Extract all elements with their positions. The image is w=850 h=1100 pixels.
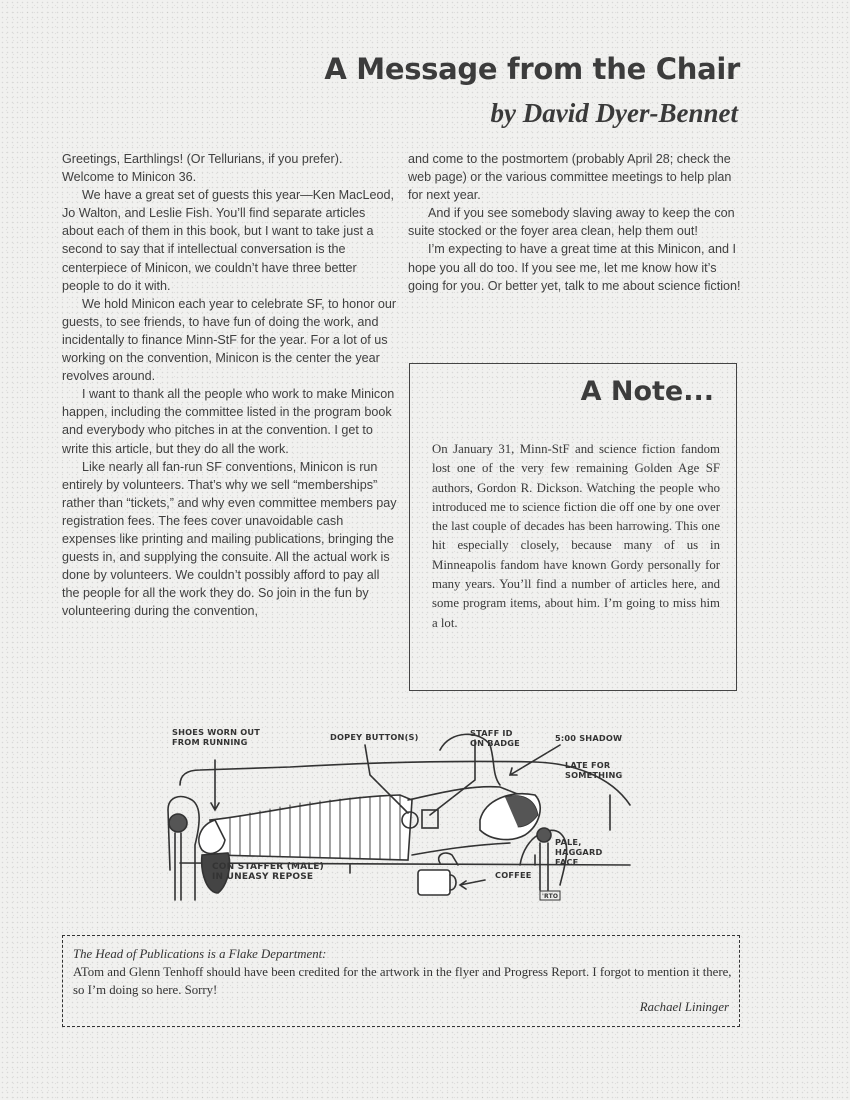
paragraph: And if you see somebody slaving away to … [408,204,743,240]
cartoon-label-button: DOPEY BUTTON(S) [330,732,419,742]
paragraph: I’m expecting to have a great time at th… [408,240,743,294]
article-title: A Message from the Chair [324,52,740,86]
note-title: A Note... [581,376,714,407]
correction-box: The Head of Publications is a Flake Depa… [62,935,740,1027]
article-byline: by David Dyer-Bennet [491,98,738,129]
paragraph: I want to thank all the people who work … [62,385,397,457]
correction-body: ATom and Glenn Tenhoff should have been … [73,963,733,999]
cartoon-label-shoes: SHOES WORN OUT FROM RUNNING [172,727,260,747]
article-right-column: and come to the postmortem (probably Apr… [408,150,743,295]
paragraph: Like nearly all fan-run SF conventions, … [62,458,397,621]
note-body: On January 31, Minn-StF and science fict… [432,440,720,633]
correction-title: The Head of Publications is a Flake Depa… [73,945,326,963]
artist-signature: 'RTO [542,892,558,902]
cartoon-label-shadow: 5:00 SHADOW [555,733,622,743]
note-sidebar-box: A Note... On January 31, Minn-StF and sc… [409,363,737,691]
correction-signature: Rachael Lininger [640,998,729,1016]
paragraph: and come to the postmortem (probably Apr… [408,150,743,204]
cartoon-label-pale-face: PALE, HAGGARD FACE [555,837,602,867]
paragraph: We hold Minicon each year to celebrate S… [62,295,397,385]
cartoon-label-late: LATE FOR SOMETHING [565,760,622,780]
cartoon-illustration: SHOES WORN OUT FROM RUNNING DOPEY BUTTON… [140,715,660,910]
cartoon-label-staff-id: STAFF ID ON BADGE [470,728,520,748]
cartoon-label-coffee: COFFEE [495,870,532,880]
article-left-column: Greetings, Earthlings! (Or Tellurians, i… [62,150,397,620]
paragraph: Greetings, Earthlings! (Or Tellurians, i… [62,150,397,186]
paragraph: We have a great set of guests this year—… [62,186,397,295]
cartoon-caption: CON STAFFER (MALE) IN UNEASY REPOSE [212,862,324,882]
